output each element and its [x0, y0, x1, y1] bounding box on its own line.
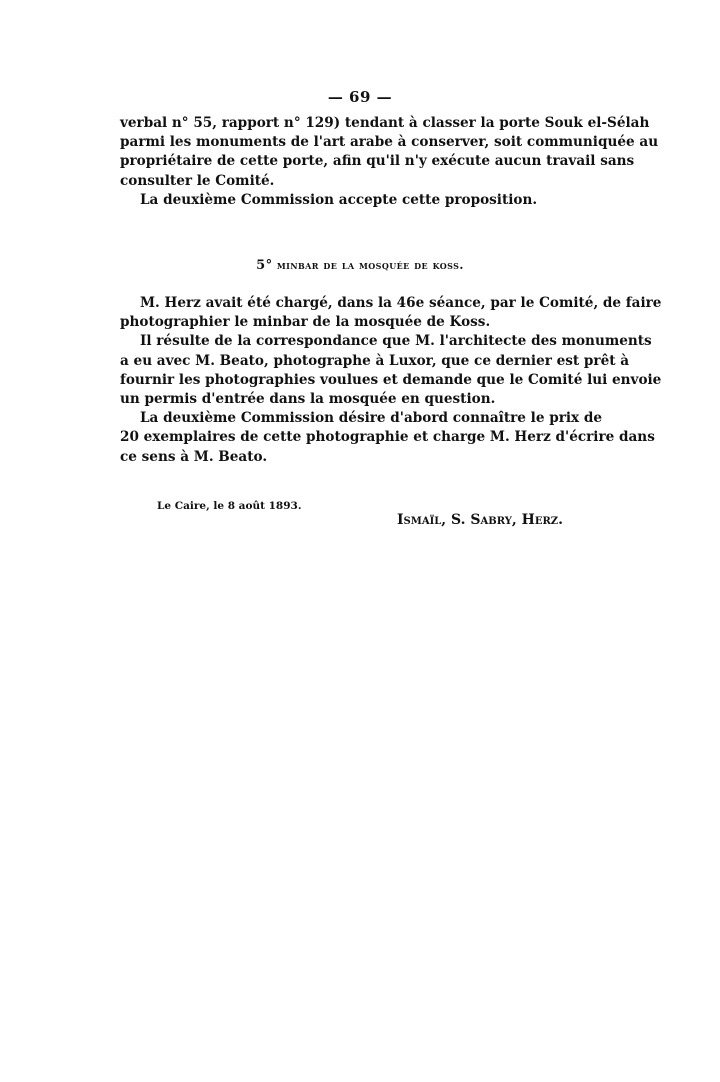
text-line: consulter le Comité. [120, 172, 598, 191]
text-line: un permis d'entrée dans la mosquée en qu… [120, 390, 598, 409]
document-page: — 69 — verbal n° 55, rapport n° 129) ten… [0, 0, 720, 1082]
page-number: — 69 — [0, 88, 720, 106]
text-line-commission-accepts: La deuxième Commission accepte cette pro… [120, 191, 598, 210]
paragraph-porte-souk-el-selah: verbal n° 55, rapport n° 129) tendant à … [120, 114, 598, 210]
text-line: photographier le minbar de la mosquée de… [120, 313, 598, 332]
text-line: M. Herz avait été chargé, dans la 46e sé… [120, 294, 598, 313]
signatories: Ismaïl, S. Sabry, Herz. [397, 512, 563, 528]
paragraph-minbar-koss: M. Herz avait été chargé, dans la 46e sé… [120, 294, 598, 467]
section-heading: 5° Minbar de la mosquée de Koss. [0, 258, 720, 273]
text-line: parmi les monuments de l'art arabe à con… [120, 133, 598, 152]
section-title: Minbar de la mosquée de Koss. [277, 258, 464, 272]
text-line: ce sens à M. Beato. [120, 448, 598, 467]
text-line: fournir les photographies voulues et dem… [120, 371, 598, 390]
text-line: propriétaire de cette porte, afin qu'il … [120, 152, 598, 171]
text-line: La deuxième Commission désire d'abord co… [120, 409, 598, 428]
text-line: 20 exemplaires de cette photographie et … [120, 428, 598, 447]
date-line: Le Caire, le 8 août 1893. [157, 500, 302, 512]
text-line: Il résulte de la correspondance que M. l… [120, 332, 598, 351]
section-number: 5° [256, 258, 272, 273]
text-line: verbal n° 55, rapport n° 129) tendant à … [120, 114, 598, 133]
text-line: a eu avec M. Beato, photographe à Luxor,… [120, 352, 598, 371]
